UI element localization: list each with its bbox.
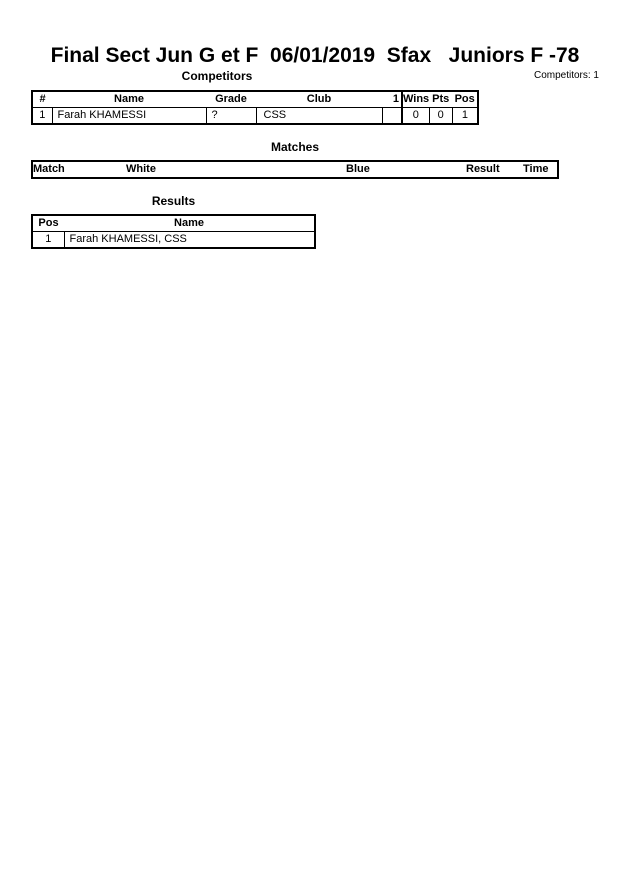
col-pos: Pos	[32, 215, 64, 232]
results-table: Pos Name 1 Farah KHAMESSI, CSS	[31, 214, 316, 249]
col-white: White	[126, 161, 346, 178]
col-blue: Blue	[346, 161, 466, 178]
cell-pos: 1	[452, 108, 478, 125]
col-wins: Wins	[402, 91, 429, 108]
col-grade: Grade	[206, 91, 256, 108]
col-club: Club	[256, 91, 382, 108]
cell-name: Farah KHAMESSI, CSS	[64, 232, 315, 249]
col-pts: Pts	[429, 91, 452, 108]
table-header-row: Match White Blue Result Time	[32, 161, 558, 178]
table-row: 1 Farah KHAMESSI ? CSS 0 0 1	[32, 108, 478, 125]
col-result: Result	[466, 161, 523, 178]
results-section-title: Results	[31, 194, 316, 208]
cell-club: CSS	[256, 108, 382, 125]
col-time: Time	[523, 161, 558, 178]
col-round-1: 1	[382, 91, 402, 108]
col-name: Name	[52, 91, 206, 108]
cell-number: 1	[32, 108, 52, 125]
table-header-row: # Name Grade Club 1 Wins Pts Pos	[32, 91, 478, 108]
col-match: Match	[32, 161, 126, 178]
page-title: Final Sect Jun G et F 06/01/2019 Sfax Ju…	[0, 44, 630, 68]
cell-name: Farah KHAMESSI	[52, 108, 206, 125]
competitors-count: Competitors: 1	[534, 70, 599, 81]
cell-pts: 0	[429, 108, 452, 125]
table-row: 1 Farah KHAMESSI, CSS	[32, 232, 315, 249]
col-number: #	[32, 91, 52, 108]
matches-section-title: Matches	[31, 140, 559, 154]
cell-grade: ?	[206, 108, 256, 125]
cell-pos: 1	[32, 232, 64, 249]
competitors-table: # Name Grade Club 1 Wins Pts Pos 1 Farah…	[31, 90, 479, 125]
cell-round-1	[382, 108, 402, 125]
matches-table: Match White Blue Result Time	[31, 160, 559, 179]
col-pos: Pos	[452, 91, 478, 108]
competitors-section-title: Competitors	[31, 69, 403, 83]
table-header-row: Pos Name	[32, 215, 315, 232]
cell-wins: 0	[402, 108, 429, 125]
col-name: Name	[64, 215, 315, 232]
